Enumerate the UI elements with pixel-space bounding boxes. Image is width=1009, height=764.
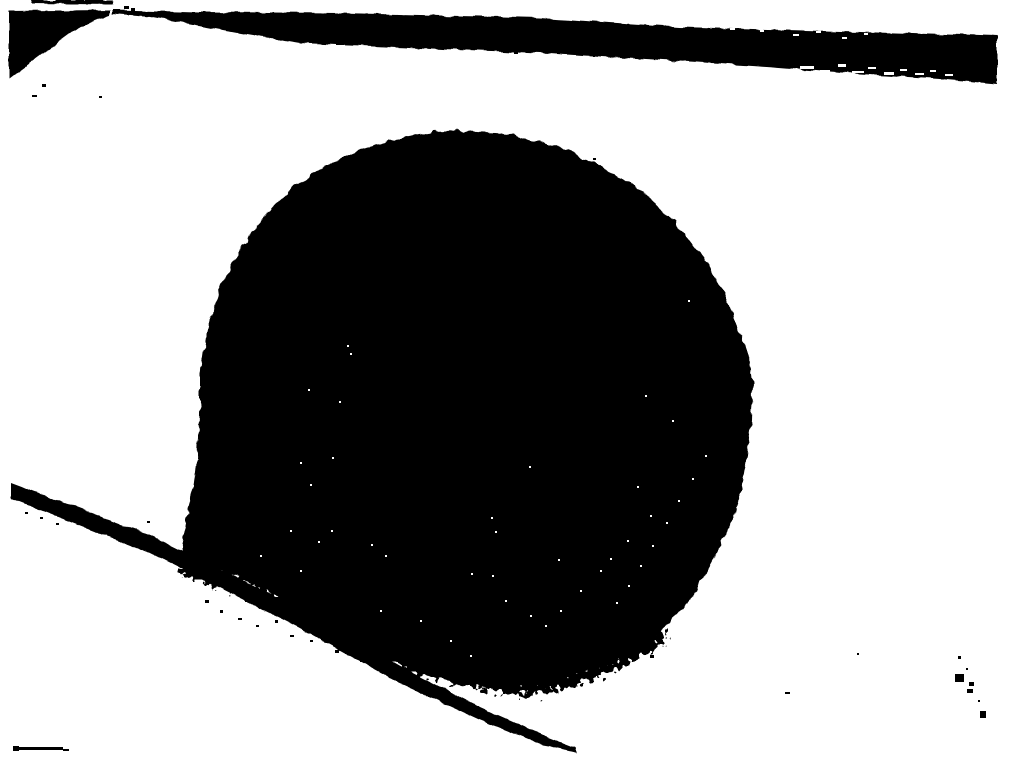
bottom-left-line-mark xyxy=(13,746,69,751)
scene-root xyxy=(9,0,997,753)
binarized-photo-canvas xyxy=(0,0,1009,764)
bottom-right-dot-trail xyxy=(955,656,986,718)
binarized-photo xyxy=(0,0,1009,764)
top-band-right-wedge xyxy=(112,10,997,84)
top-band-left-mass xyxy=(9,10,110,79)
